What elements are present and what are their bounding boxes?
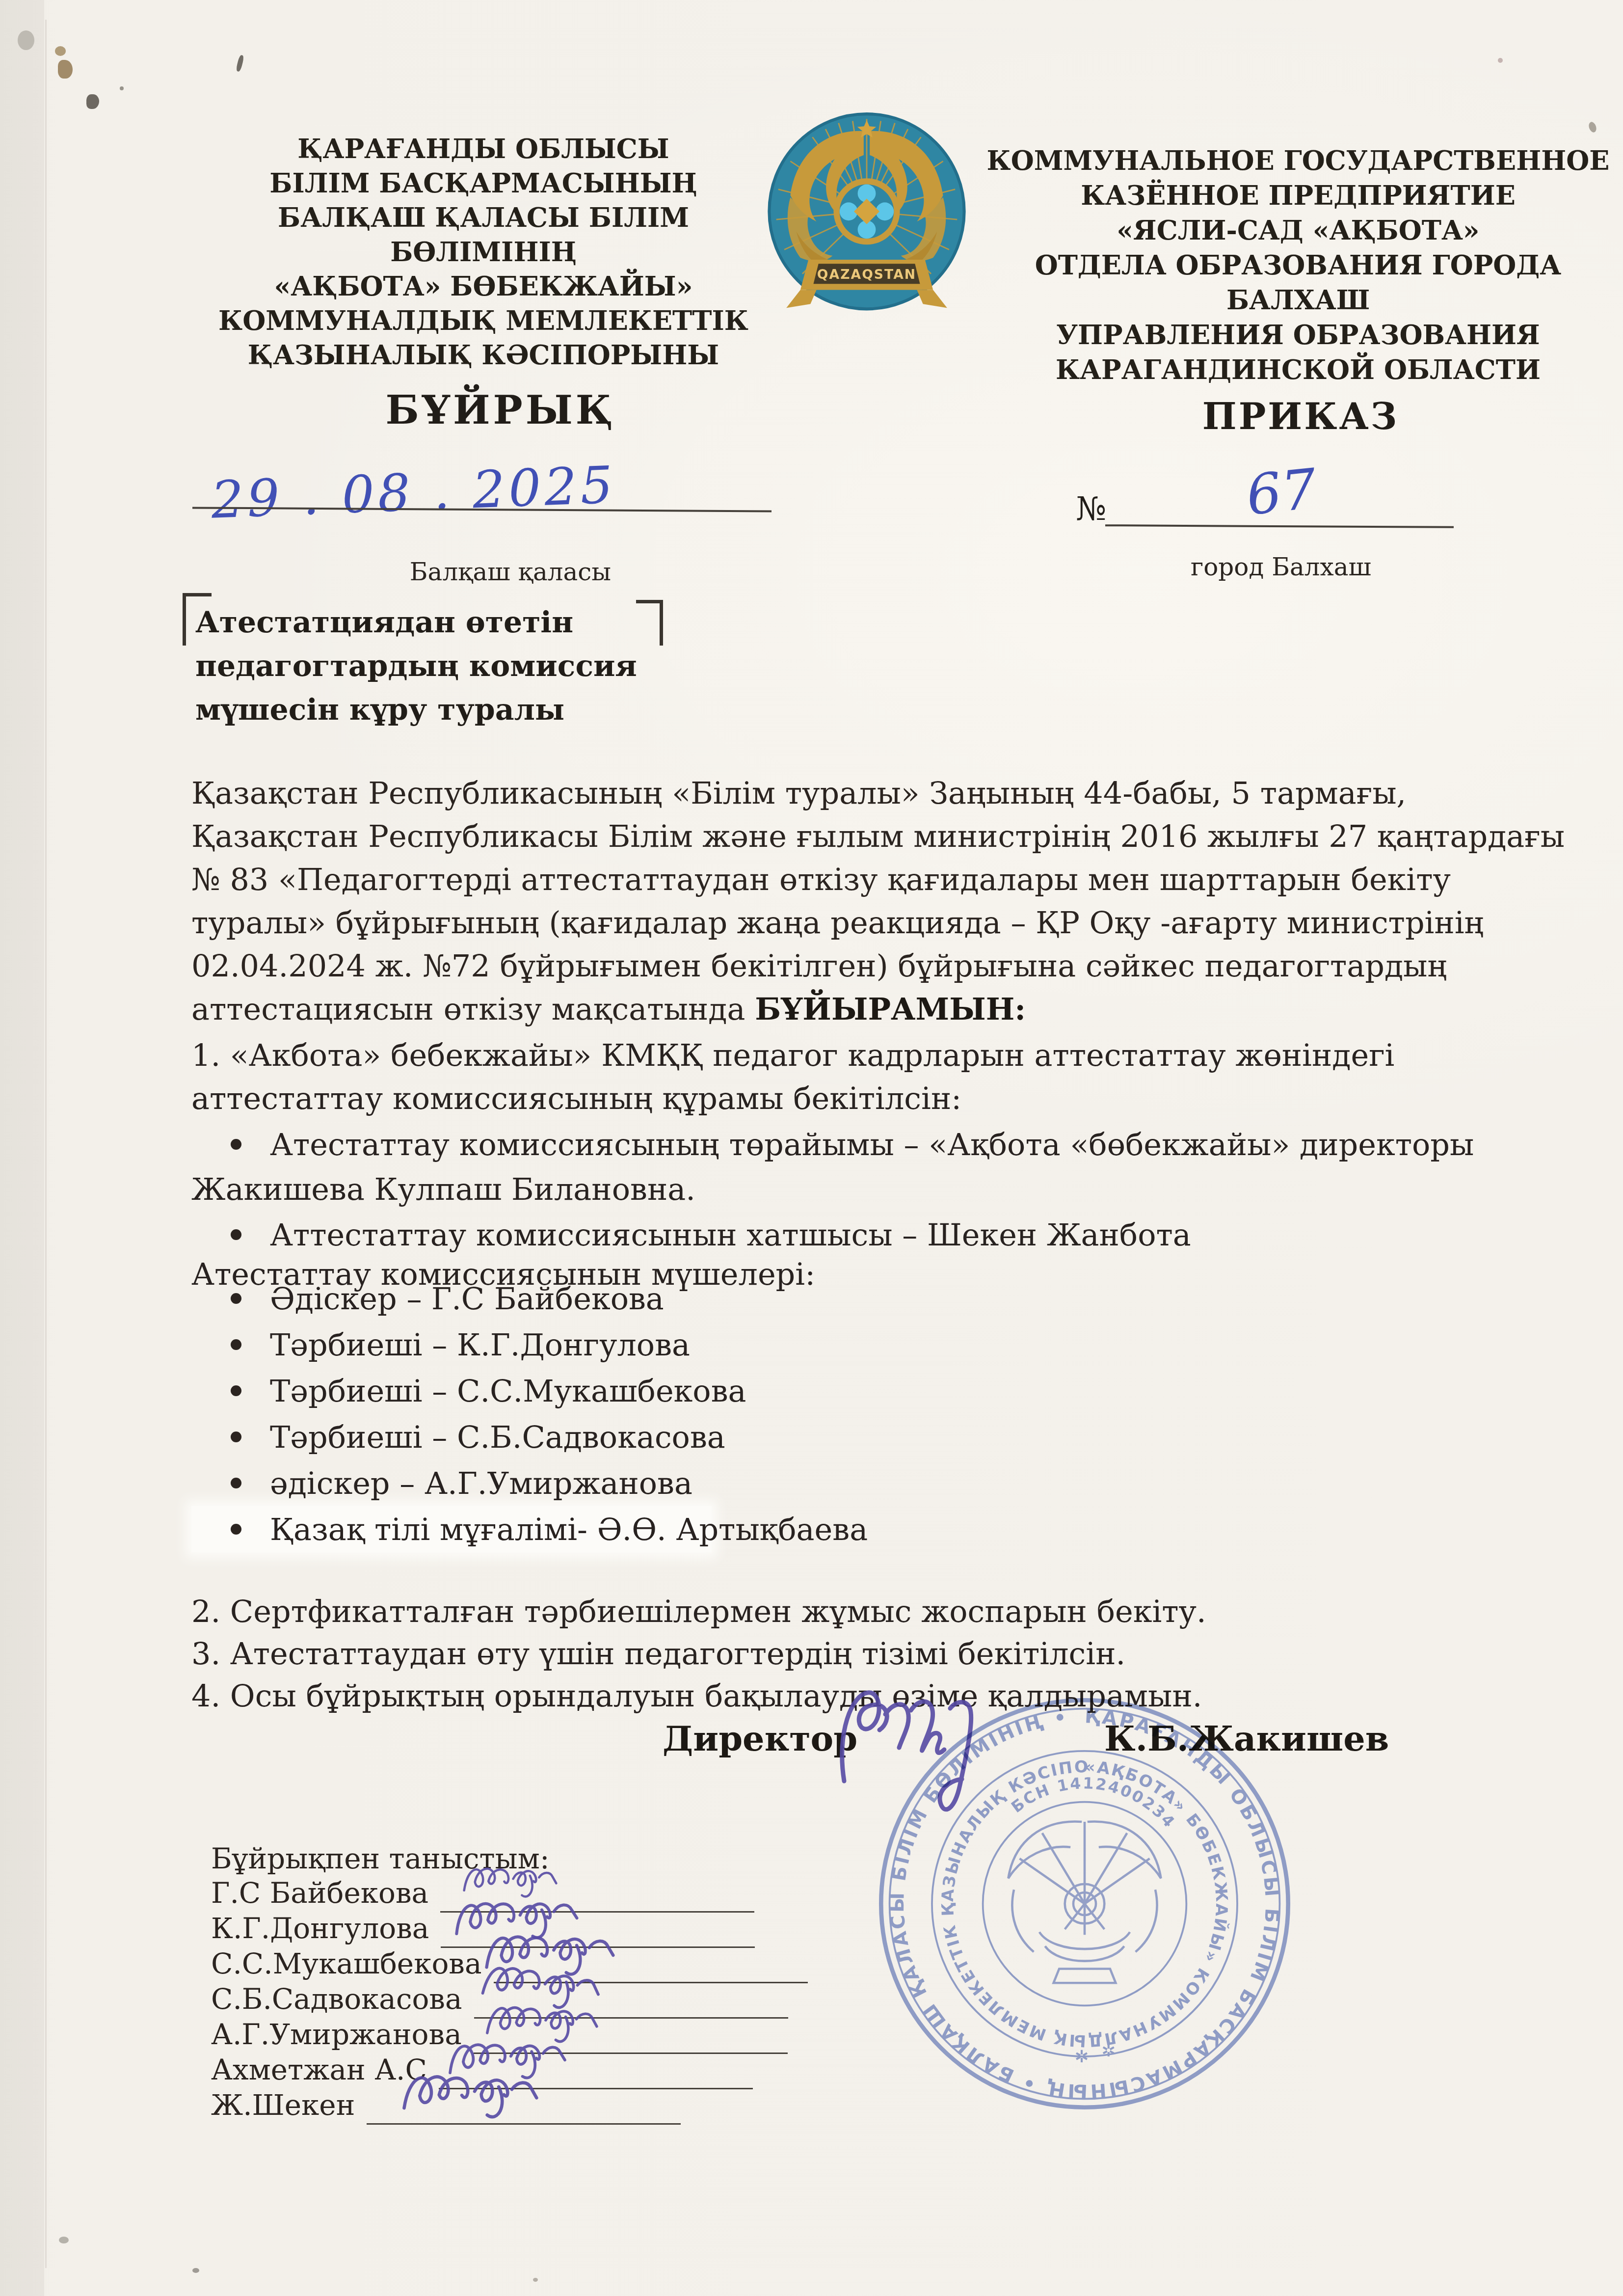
bullet-icon: [231, 1524, 241, 1535]
member-text: әдіскер – А.Г.Умиржанова: [270, 1465, 692, 1501]
signature-ink: [394, 2048, 584, 2131]
letterhead-line: БАЛҚАШ ҚАЛАСЫ БІЛІМ БӨЛІМІНІҢ: [196, 200, 771, 269]
item-line: аттестаттау комиссиясының құрамы бекітіл…: [191, 1077, 1467, 1120]
scan-speck: [55, 46, 66, 56]
scan-speck: [236, 54, 244, 72]
item-line: 1. «Акбота» бебекжайы» КМҚҚ педагог кадр…: [191, 1034, 1467, 1077]
member-row: Тәрбиеші – С.С.Мукашбекова: [191, 1368, 1467, 1414]
subject-line: педагогтардың комиссия: [195, 645, 681, 688]
handwritten-order-number: 67: [1244, 457, 1320, 528]
member-row: Тәрбиеші – К.Г.Донгулова: [191, 1322, 1467, 1368]
letterhead-russian: КОММУНАЛЬНОЕ ГОСУДАРСТВЕННОЕКАЗЁННОЕ ПРЕ…: [979, 143, 1617, 387]
subject-line: Атестатциядан өтетін: [195, 601, 681, 645]
acknowledgement-row: Ж.Шекен: [211, 2089, 898, 2125]
scan-edge-strip: [0, 0, 44, 2296]
place-russian: город Балхаш: [1153, 553, 1409, 581]
svg-text:✲: ✲: [1075, 2047, 1089, 2067]
member-text: Қазақ тілі мұғалімі- Ә.Ө. Артықбаева: [270, 1512, 868, 1547]
member-row: Әдіскер – Г.С Байбекова: [191, 1275, 1467, 1322]
scan-speck: [86, 94, 99, 109]
member-row: Тәрбиеші – С.Б.Садвокасова: [191, 1414, 1467, 1460]
place-kazakh: Балқаш қаласы: [388, 558, 633, 586]
bullet-row: Аттестаттау комиссиясынын хатшысы – Шеке…: [191, 1212, 1467, 1258]
chair-line-2: Жакишева Кулпаш Билановна.: [191, 1167, 1467, 1212]
letterhead-line: ҚАРАҒАНДЫ ОБЛЫСЫ: [196, 132, 771, 166]
bullet-icon: [231, 1293, 241, 1304]
bullet-icon: [231, 1478, 241, 1488]
number-underline: [1105, 524, 1454, 528]
commission-secretary: Аттестаттау комиссиясынын хатшысы – Шеке…: [191, 1212, 1467, 1258]
acknowledgement-name: С.С.Мукашбекова: [211, 1947, 482, 1983]
subject-line: мүшесін кұру туралы: [195, 688, 681, 732]
order-item-1: 1. «Акбота» бебекжайы» КМҚҚ педагог кадр…: [191, 1034, 1467, 1120]
acknowledgement-name: Ж.Шекен: [211, 2088, 355, 2125]
preamble-line: Қазақстан Республикасының «Білім туралы»…: [191, 772, 1467, 815]
preamble-line: Қазақстан Республикасы Білім және ғылым …: [191, 815, 1467, 858]
acknowledgement-name: С.Б.Садвокасова: [211, 1982, 462, 2019]
bullet-icon: [231, 1385, 241, 1396]
scan-speck: [1588, 121, 1598, 133]
scan-edge-line: [45, 20, 47, 2268]
letterhead-line: ҚАЗЫНАЛЫҚ КӘСІПОРЫНЫ: [196, 338, 771, 372]
letterhead-line: БІЛІМ БАСҚАРМАСЫНЫҢ: [196, 166, 771, 200]
order-title-russian: ПРИКАЗ: [1144, 396, 1458, 438]
letterhead-line: КАРАГАНДИНСКОЙ ОБЛАСТИ: [979, 352, 1617, 387]
member-text: Тәрбиеші – С.С.Мукашбекова: [270, 1373, 746, 1409]
preamble-line: 02.04.2024 ж. №72 бұйрығымен бекітілген)…: [191, 945, 1467, 988]
kazakhstan-coat-of-arms: QAZAQSTAN: [766, 111, 968, 322]
order-preamble: Қазақстан Республикасының «Білім туралы»…: [191, 772, 1467, 1031]
chair-line-1: Атестаттау комиссиясының төрайымы – «Ақб…: [270, 1127, 1474, 1162]
acknowledgement-block: Бұйрықпен таныстым: Г.С Байбекова: [211, 1840, 898, 2125]
member-text: Әдіскер – Г.С Байбекова: [270, 1281, 664, 1317]
purpose-text: аттестациясын өткізу мақсатында: [191, 991, 755, 1027]
member-row: әдіскер – А.Г.Умиржанова: [191, 1460, 1467, 1506]
preamble-line: № 83 «Педагогтерді аттестаттаудан өткізу…: [191, 858, 1467, 901]
acknowledgement-name: Г.С Байбекова: [211, 1876, 428, 1913]
letterhead-line: ОТДЕЛА ОБРАЗОВАНИЯ ГОРОДА БАЛХАШ: [979, 248, 1617, 318]
bullet-row: Атестаттау комиссиясының төрайымы – «Ақб…: [191, 1121, 1467, 1167]
scanned-order-document: ҚАРАҒАНДЫ ОБЛЫСЫБІЛІМ БАСҚАРМАСЫНЫҢБАЛҚА…: [0, 0, 1623, 2296]
letterhead-line: «ЯСЛИ-САД «АҚБОТА»: [979, 213, 1617, 248]
bullet-icon: [231, 1432, 241, 1442]
letterhead-line: «АҚБОТА» БӨБЕКЖАЙЫ»: [196, 269, 771, 303]
number-sign: №: [1076, 490, 1106, 528]
order-title-kazakh: БҰЙРЫҚ: [344, 387, 658, 433]
handwritten-date: 29 . 08 . 2025: [210, 455, 617, 530]
acknowledgement-name: А.Г.Умиржанова: [211, 2018, 462, 2054]
scan-speck: [192, 2268, 199, 2273]
official-stamp: ҚАРАҒАНДЫ ОБЛЫСЫ БІЛІМ БАСҚАРМАСЫНЫҢ • Б…: [873, 1692, 1297, 2116]
preamble-line: туралы» бұйрығының (қағидалар жаңа реакц…: [191, 901, 1467, 945]
member-text: Тәрбиеші – К.Г.Донгулова: [270, 1327, 690, 1363]
scan-speck: [1498, 58, 1503, 63]
bullet-icon: [231, 1229, 241, 1240]
order-verb: БҰЙЫРАМЫН:: [755, 991, 1026, 1027]
letterhead-line: КОММУНАЛЬНОЕ ГОСУДАРСТВЕННОЕ: [979, 143, 1617, 178]
emblem-banner-text: QAZAQSTAN: [817, 267, 916, 282]
commission-chair: Атестаттау комиссиясының төрайымы – «Ақб…: [191, 1121, 1467, 1212]
bullet-icon: [231, 1339, 241, 1350]
letterhead-line: УПРАВЛЕНИЯ ОБРАЗОВАНИЯ: [979, 318, 1617, 352]
scan-speck: [58, 60, 73, 79]
letterhead-line: КАЗЁННОЕ ПРЕДПРИЯТИЕ: [979, 178, 1617, 213]
commission-members: Әдіскер – Г.С Байбекова Тәрбиеші – К.Г.Д…: [191, 1275, 1467, 1552]
acknowledgement-name: К.Г.Донгулова: [211, 1912, 429, 1948]
order-item: 2. Сертфикатталған тәрбиешілермен жұмыс …: [191, 1591, 1467, 1633]
svg-text:✲: ✲: [1102, 2041, 1116, 2061]
scan-speck: [59, 2237, 69, 2243]
preamble-purpose-line: аттестациясын өткізу мақсатында БҰЙЫРАМЫ…: [191, 988, 1467, 1031]
order-subject: Атестатциядан өтетінпедагогтардың комисс…: [195, 601, 681, 732]
member-text: Тәрбиеші – С.Б.Садвокасова: [270, 1419, 725, 1455]
scan-speck: [533, 2278, 538, 2282]
secretary-text: Аттестаттау комиссиясынын хатшысы – Шеке…: [270, 1217, 1191, 1253]
member-row: Қазақ тілі мұғалімі- Ә.Ө. Артықбаева: [191, 1506, 712, 1552]
letterhead-line: КОММУНАЛДЫҚ МЕМЛЕКЕТТІК: [196, 303, 771, 338]
bullet-icon: [231, 1139, 241, 1150]
scan-speck: [18, 30, 34, 50]
scan-speck: [120, 86, 124, 90]
letterhead-kazakh: ҚАРАҒАНДЫ ОБЛЫСЫБІЛІМ БАСҚАРМАСЫНЫҢБАЛҚА…: [196, 132, 771, 372]
